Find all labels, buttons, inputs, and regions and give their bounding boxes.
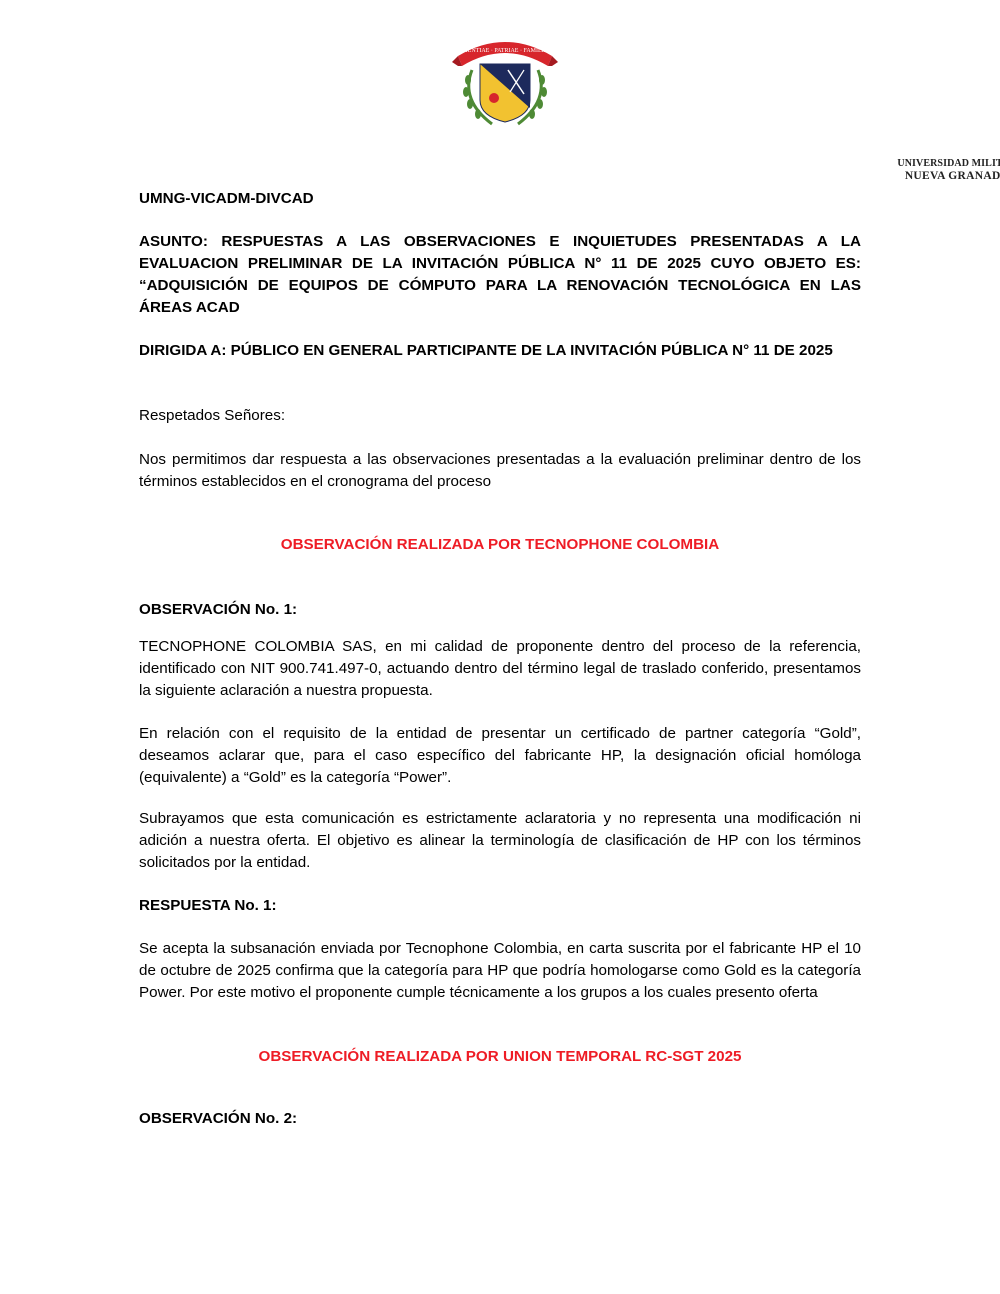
observation-1-paragraph-3: Subrayamos que esta comunicación es estr… [139,808,861,874]
observation-1-paragraph-2: En relación con el requisito de la entid… [139,723,861,789]
observation-1-paragraph-1: TECNOPHONE COLOMBIA SAS, en mi calidad d… [139,636,861,702]
observation-2-title: OBSERVACIÓN No. 2: [139,1108,861,1130]
addressed-to: DIRIGIDA A: PÚBLICO EN GENERAL PARTICIPA… [139,340,861,362]
greeting: Respetados Señores: [139,405,861,427]
university-name-line1: UNIVERSIDAD MILITAR [896,157,1000,170]
university-name-line2: NUEVA GRANADA [896,170,1000,183]
section-header-tecnophone: OBSERVACIÓN REALIZADA POR TECNOPHONE COL… [139,534,861,556]
document-reference: UMNG-VICADM-DIVCAD [139,188,861,210]
observation-1-title: OBSERVACIÓN No. 1: [139,599,861,621]
svg-text:SCIENTIAE · PATRIAE · FAMILIAE: SCIENTIAE · PATRIAE · FAMILIAE [458,48,552,54]
university-name: UNIVERSIDAD MILITAR NUEVA GRANADA [896,157,1000,183]
document-subject: ASUNTO: RESPUESTAS A LAS OBSERVACIONES E… [139,231,861,319]
section-header-union-temporal: OBSERVACIÓN REALIZADA POR UNION TEMPORAL… [139,1046,861,1068]
response-1-title: RESPUESTA No. 1: [139,895,861,917]
response-1-paragraph: Se acepta la subsanación enviada por Tec… [139,938,861,1004]
university-crest-logo: SCIENTIAE · PATRIAE · FAMILIAE UNIVERSID… [452,30,558,154]
intro-paragraph: Nos permitimos dar respuesta a las obser… [139,449,861,493]
crest-icon: SCIENTIAE · PATRIAE · FAMILIAE [452,30,558,130]
